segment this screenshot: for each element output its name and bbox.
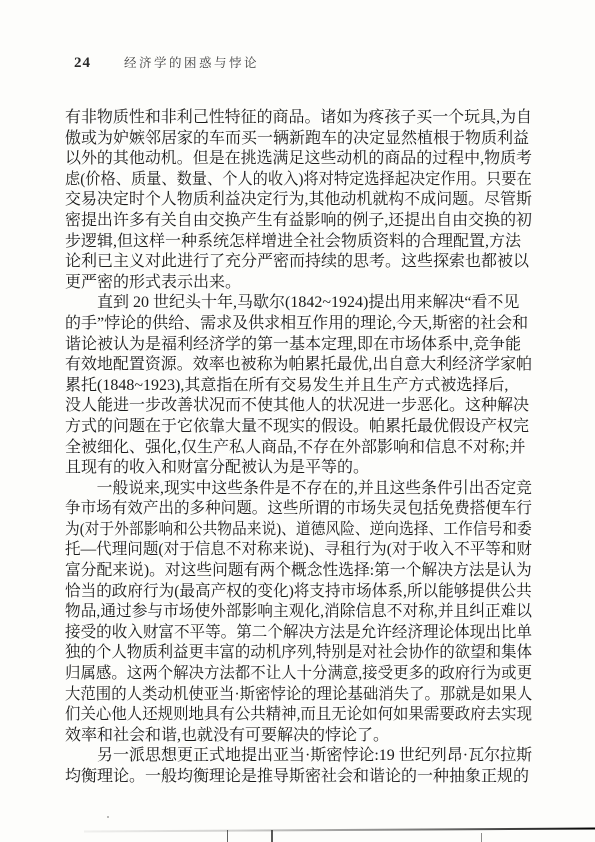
page-header: 24 经济学的困惑与悖论: [74, 53, 259, 72]
text-line: 恰当的政府行为(最高产权的变化)将支持市场体系,所以能够提供公共: [65, 582, 520, 603]
text-line: 更严密的形式表示出来。: [65, 273, 532, 294]
text-line: 谐论被认为是福利经济学的第一基本定理,即在市场体系中,竞争能: [65, 335, 532, 356]
text-line: 效率和社会和谐,也就没有可要解决的悖论了。: [65, 726, 532, 747]
scan-artifact-line: [84, 827, 595, 832]
text-line: 争市场有效产出的多种问题。这些所谓的市场失灵包括免费搭便车行: [65, 499, 519, 520]
text-line: 富分配来说)。对这些问题有两个概念性选择:第一个解决方法是认为: [65, 561, 525, 582]
text-block: 有非物质性和非利己性特征的商品。诸如为疼孩子买一个玩具,为自傲或为妒嫉邻居家的车…: [65, 108, 532, 788]
text-line: 步逻辑,但这样一种系统怎样增进全社会物质资料的合理配置,方法: [65, 232, 532, 253]
text-line: 另一派思想更正式地提出亚当·斯密悖论:19 世纪列昂·瓦尔拉斯: [65, 746, 532, 767]
text-line: 大范围的人类动机使亚当·斯密悖论的理论基础消失了。那就是如果人: [65, 685, 515, 706]
scan-artifact-tick: [227, 830, 228, 842]
scan-artifact-tick: [481, 833, 482, 842]
text-line: 有效地配置资源。效率也被称为帕累托最优,出自意大利经济学家帕: [65, 355, 531, 376]
paragraph: 有非物质性和非利己性特征的商品。诸如为疼孩子买一个玩具,为自傲或为妒嫉邻居家的车…: [65, 108, 532, 293]
text-line: 以外的其他动机。但是在挑选满足这些动机的商品的过程中,物质考: [65, 149, 531, 170]
text-line: 没人能进一步改善状况而不使其他人的状况进一步恶化。这种解决: [65, 396, 532, 417]
text-line: 交易决定时个人物质利益决定行为,其他动机就构不成问题。尽管斯: [65, 190, 531, 211]
text-line: 且现有的收入和财富分配被认为是平等的。: [65, 458, 532, 479]
text-line: 托—代理问题(对于信息不对称来说)、寻租行为(对于收入不平等和财: [65, 540, 519, 561]
text-line: 密提出许多有关自由交换产生有益影响的例子,还提出自由交换的初: [65, 211, 531, 232]
text-line: 独的个人物质利益更丰富的动机序列,特别是对社会协作的欲望和集体: [65, 643, 516, 664]
text-line: 一般说来,现实中这些条件是不存在的,并且这些条件引出否定竞: [65, 479, 527, 500]
text-line: 们关心他人还规则地具有公共精神,而且无论如何如果需要政府去实现: [65, 705, 516, 726]
text-line: 为(对于外部影响和公共物品来说)、道德风险、逆向选择、工作信号和委: [65, 520, 495, 541]
text-line: 直到 20 世纪头十年,马歇尔(1842~1924)提出用来解决“看不见: [65, 293, 532, 314]
text-line: 有非物质性和非利己性特征的商品。诸如为疼孩子买一个玩具,为自: [65, 108, 531, 129]
text-line: 接受的收入财富不平等。第二个解决方法是允许经济理论体现出比单: [65, 623, 519, 644]
text-line: 傲或为妒嫉邻居家的车而买一辆新跑车的决定显然植根于物质利益: [65, 129, 532, 150]
text-line: 虑(价格、质量、数量、个人的收入)将对特定选择起决定作用。只要在: [65, 170, 509, 191]
text-line: 均衡理论。一般均衡理论是推导斯密社会和谐论的一种抽象正规的: [65, 767, 532, 788]
scan-artifact-tick: [271, 830, 273, 842]
text-line: 归属感。这两个解决方法都不让人十分满意,接受更多的政府行为或更: [65, 664, 516, 685]
paragraph: 另一派思想更正式地提出亚当·斯密悖论:19 世纪列昂·瓦尔拉斯均衡理论。一般均衡…: [65, 746, 532, 787]
text-line: 全被细化、强化,仅生产私人商品,不存在外部影响和信息不对称;并: [65, 438, 532, 459]
text-line: 物品,通过参与市场使外部影响主观化,消除信息不对称,并且纠正难以: [65, 602, 523, 623]
text-line: 论利已主义对此进行了充分严密而持续的思考。这些探索也都被以: [65, 252, 532, 273]
paragraph: 一般说来,现实中这些条件是不存在的,并且这些条件引出否定竞争市场有效产出的多种问…: [65, 479, 532, 747]
text-line: 累托(1848~1923),其意指在所有交易发生并且生产方式被选择后,: [65, 376, 532, 397]
book-page: 24 经济学的困惑与悖论 有非物质性和非利己性特征的商品。诸如为疼孩子买一个玩具…: [0, 0, 595, 842]
page-number: 24: [74, 55, 91, 72]
paragraph: 直到 20 世纪头十年,马歇尔(1842~1924)提出用来解决“看不见的手”悖…: [65, 293, 532, 478]
running-title: 经济学的困惑与悖论: [124, 53, 259, 71]
text-line: 的手”悖论的供给、需求及供求相互作用的理论,今天,斯密的社会和: [65, 314, 532, 335]
text-line: 方式的问题在于它依靠大量不现实的假设。帕累托最优假设产权完: [65, 417, 532, 438]
scan-artifact-dot: [107, 816, 109, 818]
